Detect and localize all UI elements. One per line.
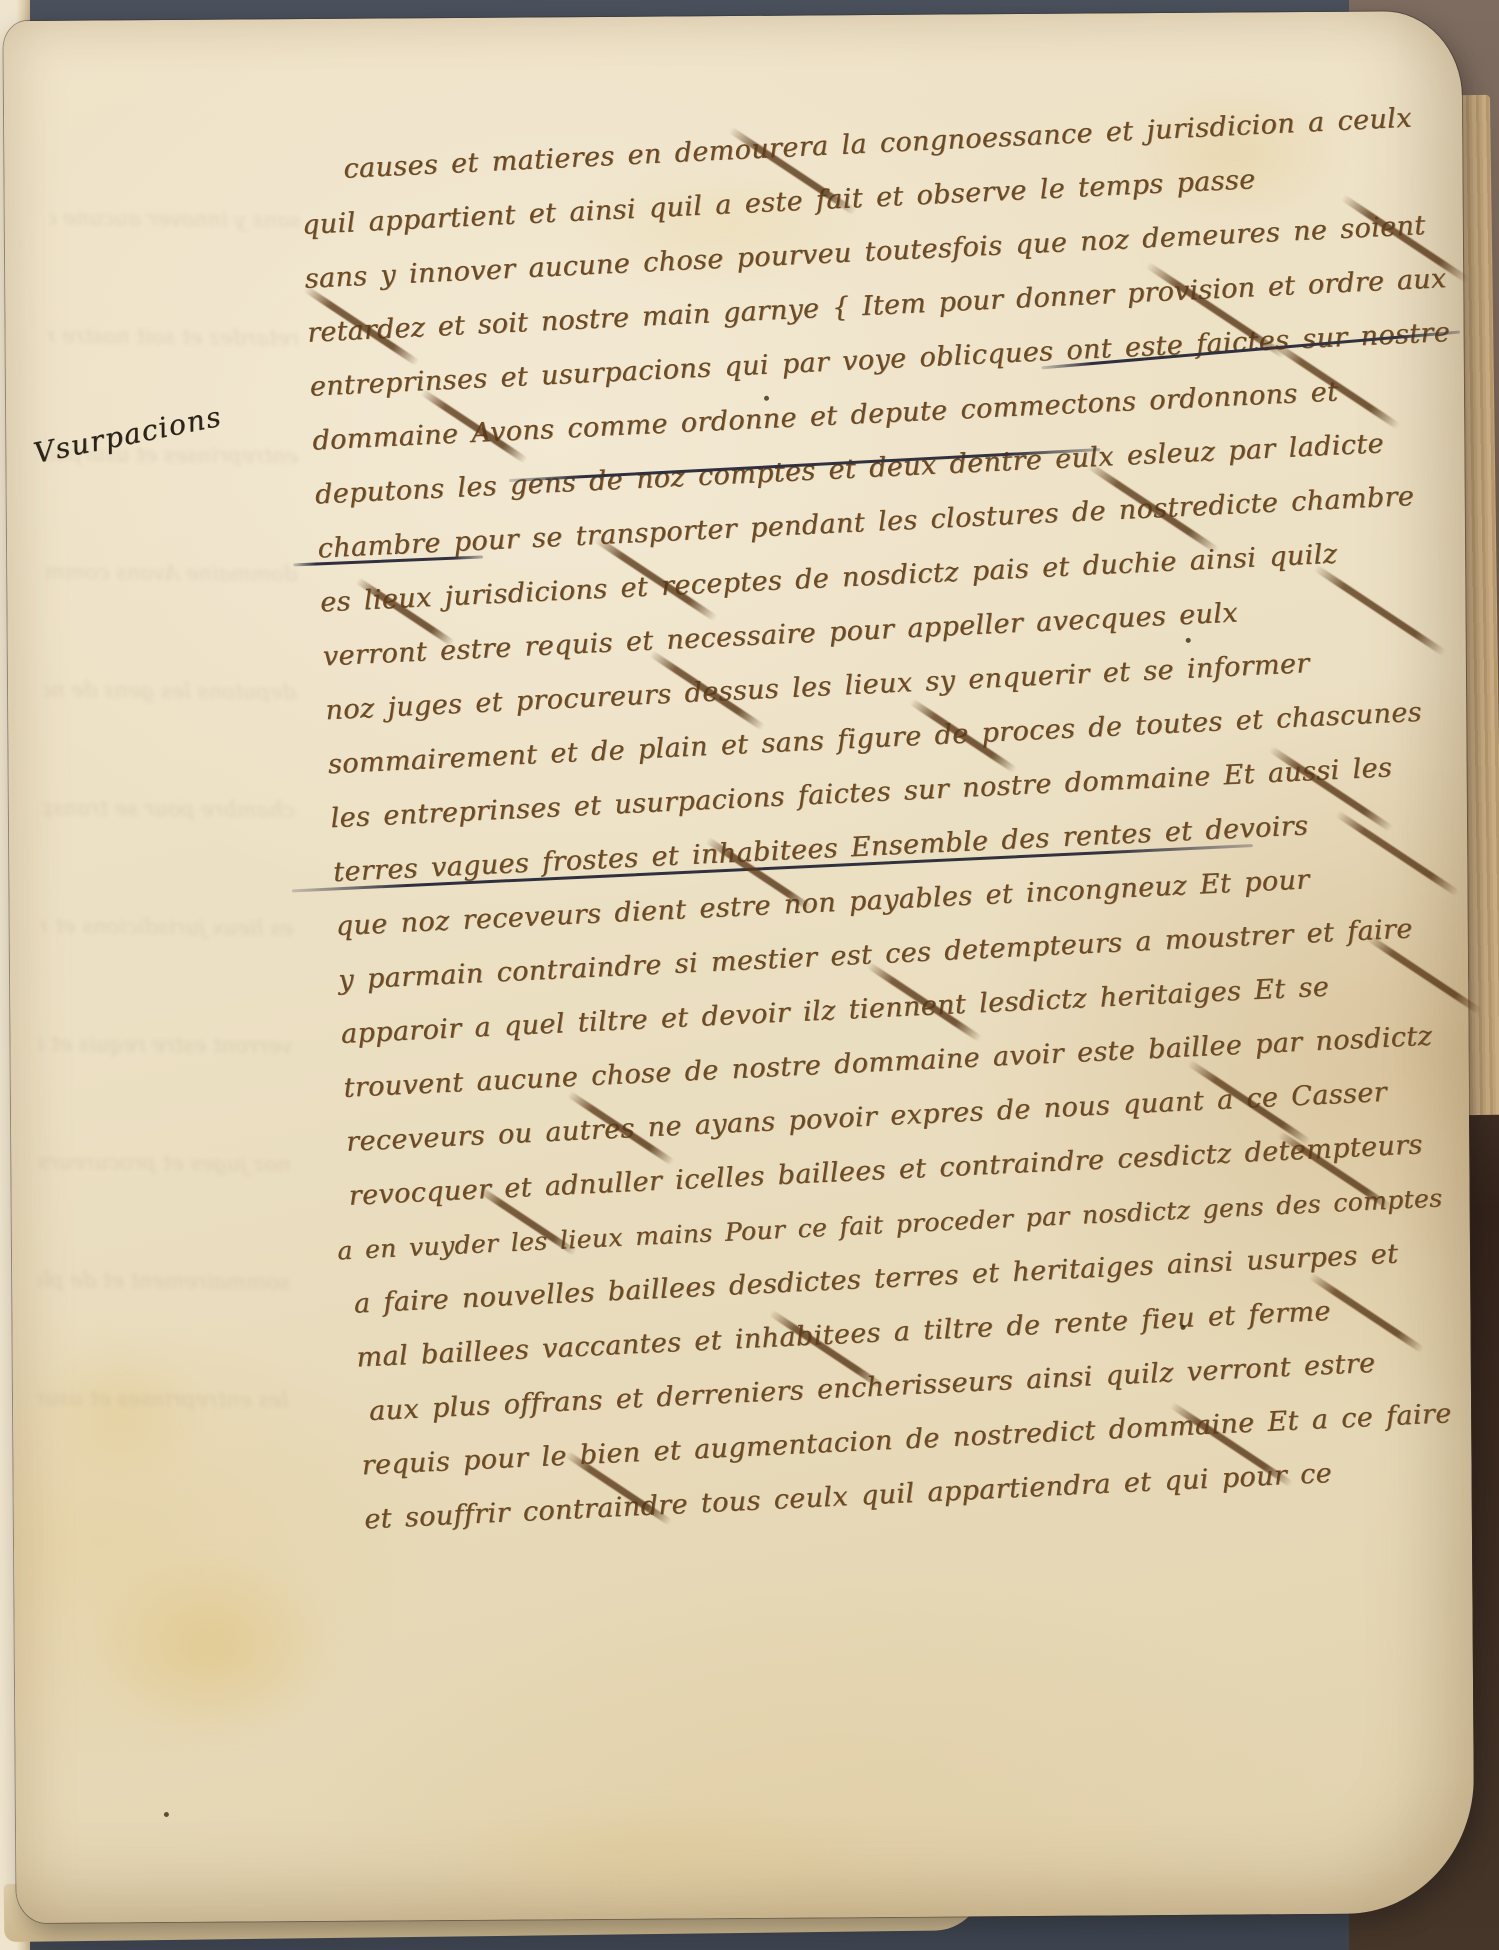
- ghost-line: es lieux jurisdicions et receptes de nos…: [41, 867, 294, 988]
- manuscript-page: sans y innover aucune chose pourveu tout…: [3, 11, 1474, 1923]
- ghost-line: retardez et soit nostre main garnye { It…: [47, 277, 300, 398]
- pen-stroke: [1366, 934, 1482, 1015]
- ghost-line: chambre pour se transporter pendant les …: [42, 749, 295, 870]
- pen-stroke: [1335, 810, 1460, 896]
- ink-speck: [1186, 638, 1191, 643]
- parchment-stain: [84, 1549, 335, 1741]
- manuscript-photo: sans y innover aucune chose pourveu tout…: [0, 0, 1499, 1950]
- ghost-line: verront estre requis et necessaire pour …: [39, 985, 292, 1106]
- ink-speck: [764, 396, 769, 401]
- ghost-line: dommaine Avons comme ordonne et depute c…: [44, 513, 297, 634]
- ghost-line: sommairement et de plain et sans figure …: [37, 1221, 290, 1342]
- parchment-stain: [31, 1340, 212, 1491]
- marginal-note: Vsurpacions: [31, 400, 225, 470]
- parchment-stain: [436, 1795, 857, 1908]
- ghost-line: noz juges et procureurs dessus les lieux…: [38, 1103, 291, 1224]
- ghost-text: sans y innover aucune chose pourveu tout…: [36, 159, 301, 1422]
- ink-speck: [1181, 1325, 1186, 1330]
- ghost-line: deputons les gens de noz comptes et deux…: [43, 631, 296, 752]
- ink-speck: [164, 1812, 169, 1817]
- pen-stroke: [1313, 565, 1446, 657]
- ghost-line: sans y innover aucune chose pourveu tout…: [48, 159, 301, 280]
